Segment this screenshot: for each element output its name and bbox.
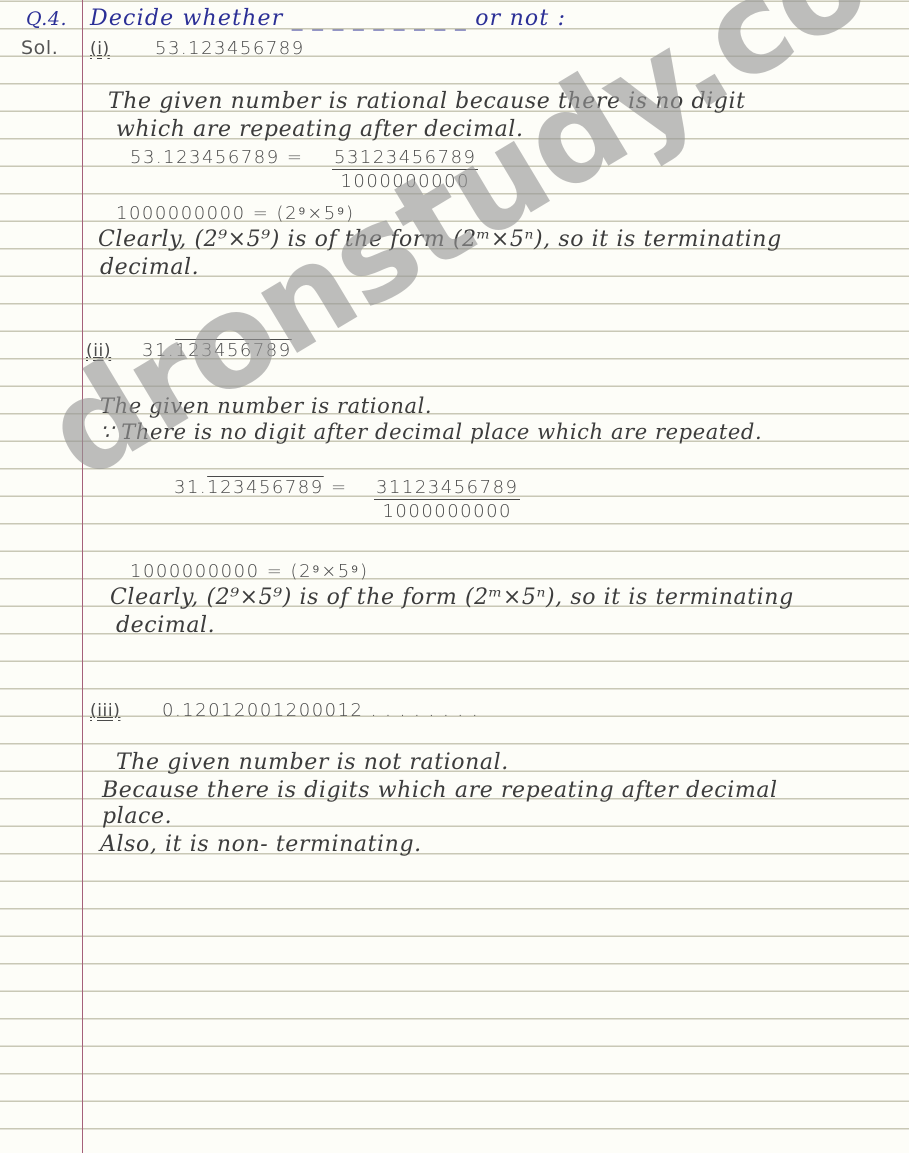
explanation-line: Also, it is non- terminating. [100,834,422,856]
conclusion: Clearly, (2⁹×5⁹) is of the form (2ᵐ×5ⁿ),… [98,229,782,251]
conclusion-end: decimal. [116,615,215,637]
explanation-line: place. [102,806,172,828]
part-label: (ii) [86,340,111,362]
margin-line [82,0,83,1153]
explanation-line: Because there is digits which are repeat… [102,780,778,802]
equation-lhs: 53.123456789 = [130,147,304,169]
question-label: Q.4. [26,8,67,30]
explanation-line: The given number is rational because the… [108,91,746,113]
conclusion-end: decimal. [100,257,199,279]
conclusion: Clearly, (2⁹×5⁹) is of the form (2ᵐ×5ⁿ),… [110,587,794,609]
fraction-denominator: 1000000000 [332,170,478,191]
fraction-numerator: 53123456789 [332,148,478,170]
explanation-line: ∵ There is no digit after decimal place … [100,421,762,443]
lhs-repeating: 123456789 [207,477,324,498]
explanation-line: The given number is not rational. [116,752,509,774]
part-label: (i) [90,38,110,60]
explanation-line: which are repeating after decimal. [116,119,524,141]
part-number: 31.123456789 [142,340,292,362]
number-repeating: 123456789 [175,340,292,361]
number-prefix: 31. [142,340,175,361]
part-label: (iii) [90,700,120,722]
fraction: 31123456789 1000000000 [374,478,520,521]
fraction-denominator: 1000000000 [374,500,520,521]
equation-lhs: 31.123456789 = [174,477,348,499]
explanation-line: The given number is rational. [100,395,432,417]
question-text: Decide whether _ _ _ _ _ _ _ _ _ or not … [90,8,566,30]
fraction: 53123456789 1000000000 [332,148,478,191]
equals-sign: = [331,477,348,498]
part-number: 53.123456789 [155,38,305,60]
lhs-prefix: 31. [174,477,207,498]
part-number: 0.12012001200012 . . . . . . . . [162,700,479,722]
denominator-factor: 1000000000 = (2⁹×5⁹) [116,203,355,225]
denominator-factor: 1000000000 = (2⁹×5⁹) [130,561,369,583]
fraction-numerator: 31123456789 [374,478,520,500]
solution-label: Sol. [21,37,58,59]
